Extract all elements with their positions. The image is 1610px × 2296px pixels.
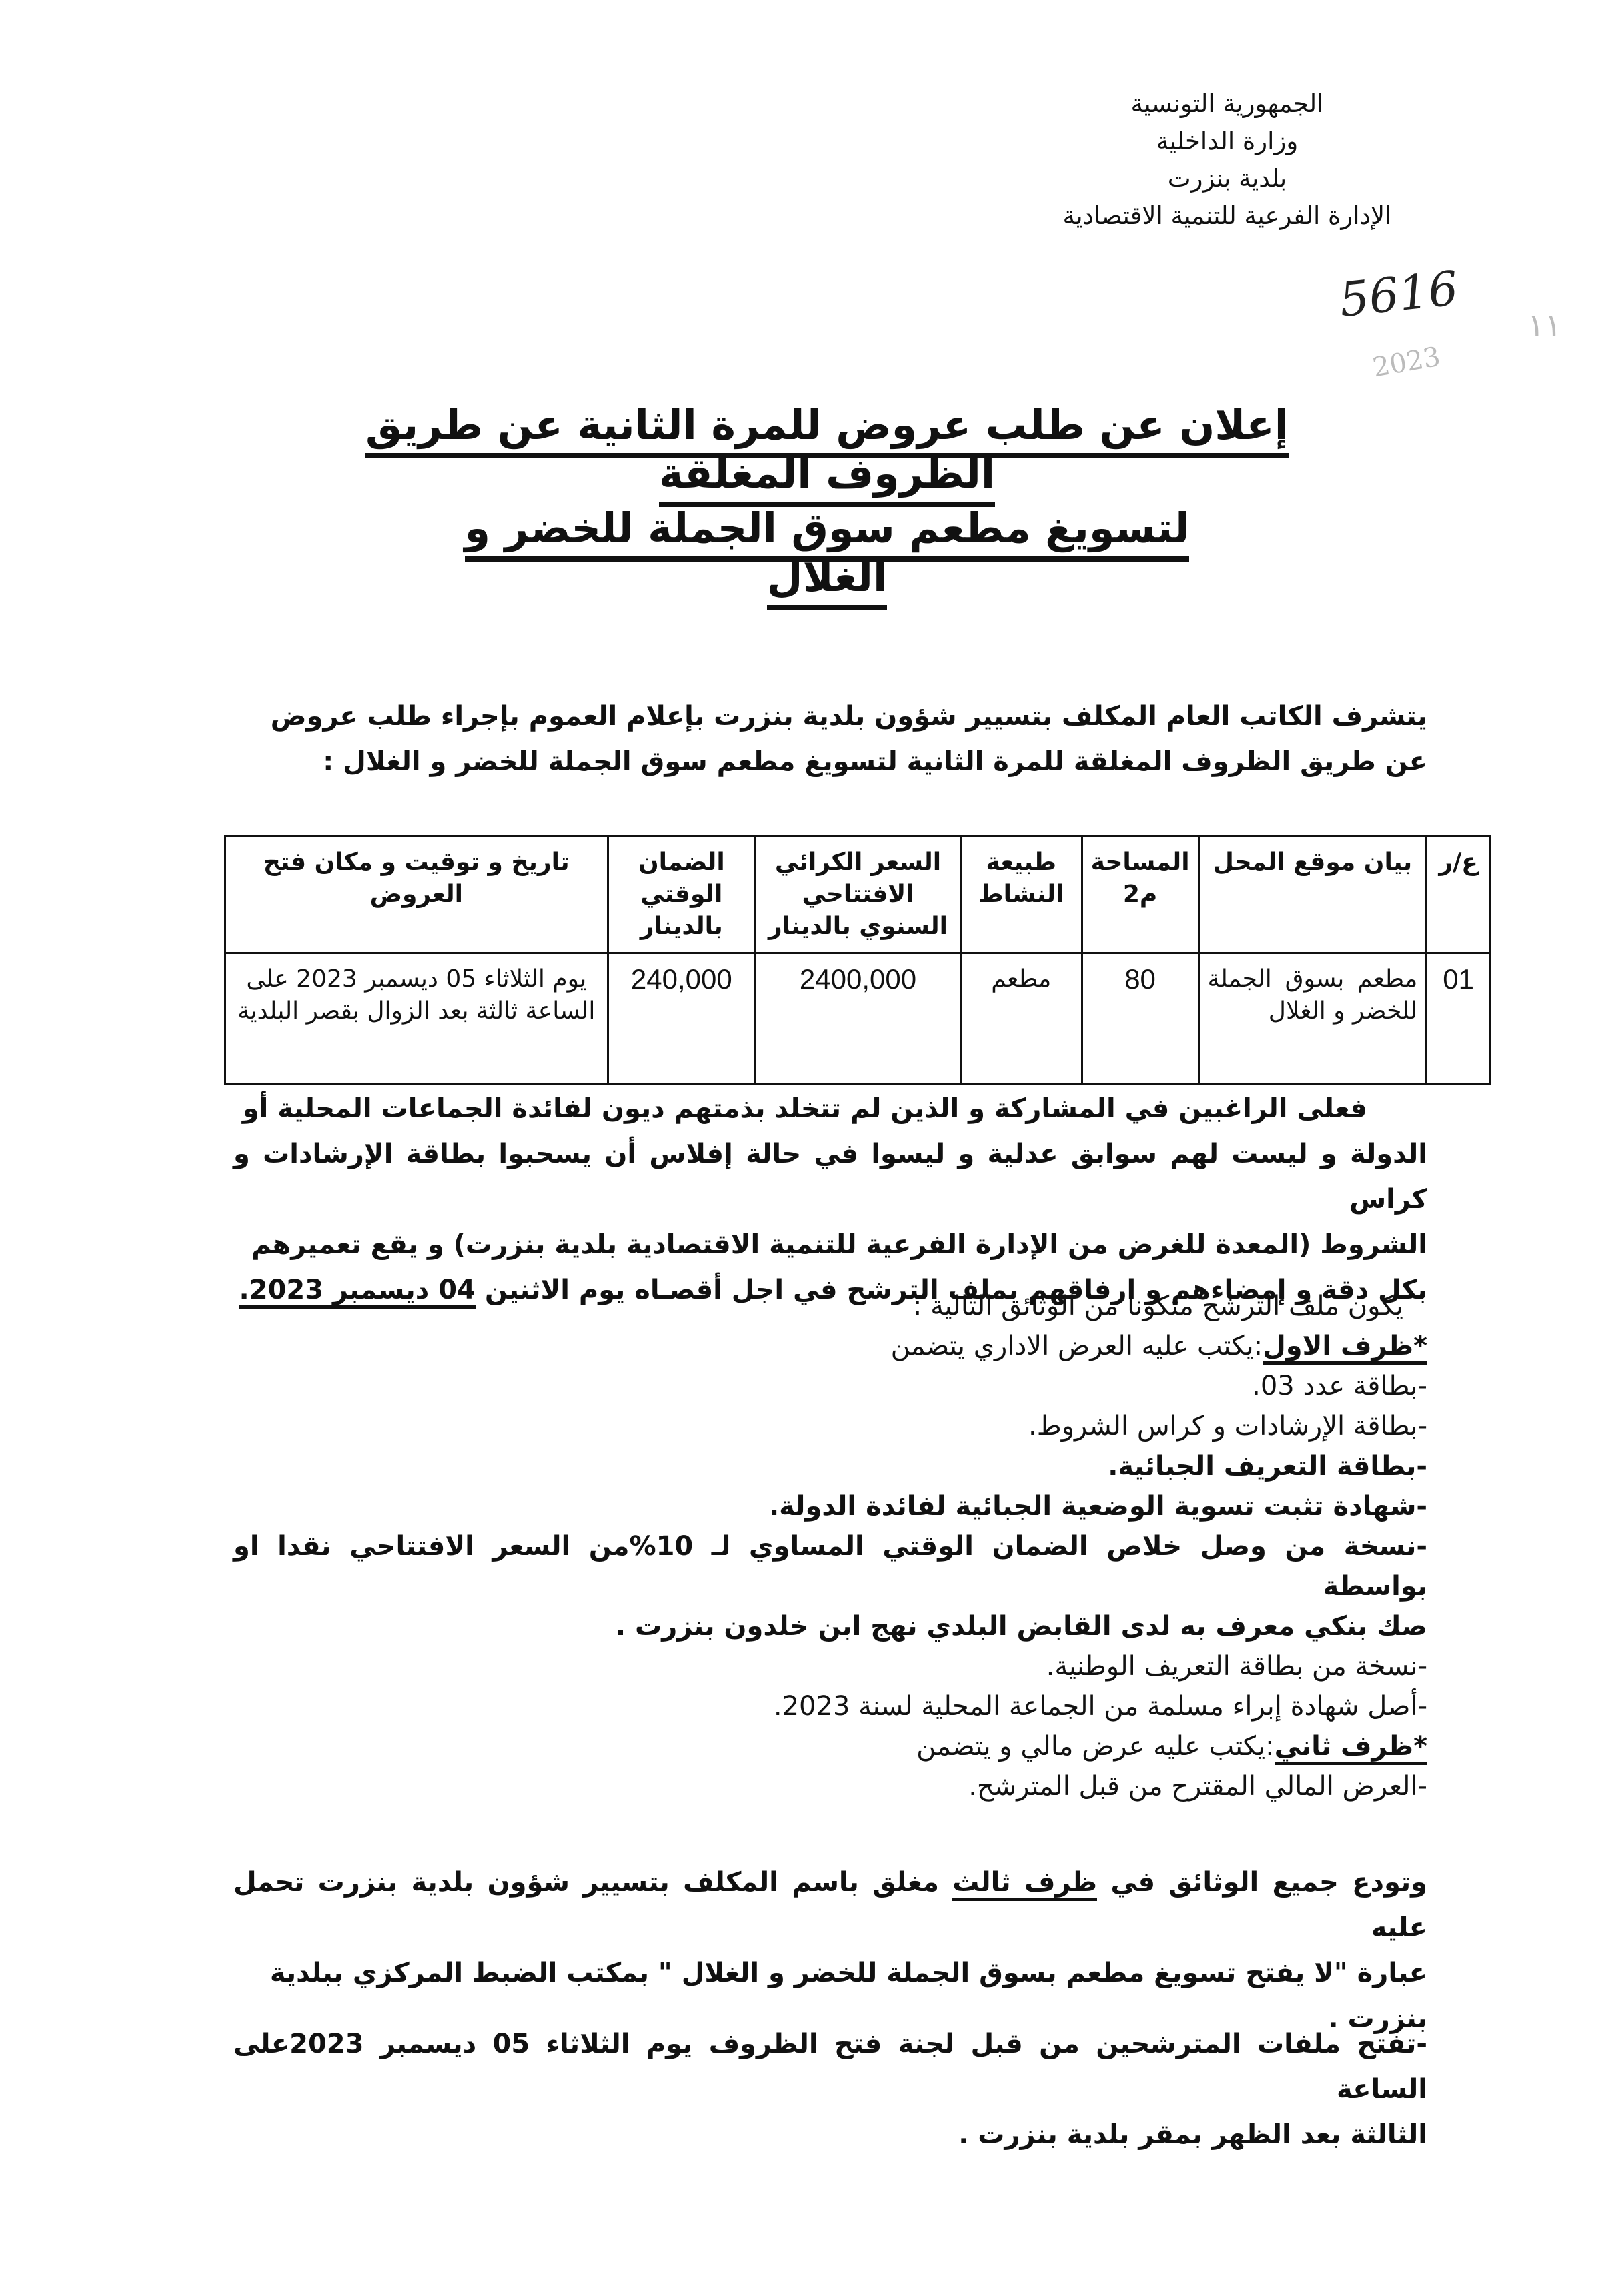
title-line-2: لتسويغ مطعم سوق الجملة للخضر و الغلال xyxy=(465,504,1190,610)
header-number: ع/ر xyxy=(1427,836,1491,953)
opening-line-2: الثالثة بعد الظهر بمقر بلدية بنزرت . xyxy=(233,2112,1427,2157)
conditions-paragraph: فعلى الراغبين في المشاركة و الذين لم تتخ… xyxy=(233,1086,1427,1313)
faint-stamp: 2023 xyxy=(1371,342,1445,399)
envelope-2-text: :يكتب عليه عرض مالي و يتضمن xyxy=(916,1731,1274,1762)
header-activity: طبيعة النشاط xyxy=(960,836,1082,953)
envelope-1-label: *ظرف الاول xyxy=(1263,1331,1427,1365)
table-header-row: ع/ر بيان موقع المحل المساحة م2 طبيعة الن… xyxy=(225,836,1491,953)
cell-deposit: 240,000 xyxy=(608,953,756,1085)
cell-opening: يوم الثلاثاء 05 ديسمبر 2023 على الساعة ث… xyxy=(225,953,608,1085)
list-item: -نسخة من وصل خلاص الضمان الوقتي المساوي … xyxy=(233,1526,1427,1606)
intro-line-1: يتشرف الكاتب العام المكلف بتسيير شؤون بل… xyxy=(233,694,1427,739)
opening-info: -تفتح ملفات المترشحين من قبل لجنة فتح ال… xyxy=(233,2021,1427,2157)
table-row: 01 مطعم بسوق الجملة للخضر و الغلال 80 مط… xyxy=(225,953,1491,1085)
list-item: صك بنكي معرف به لدى القابض البلدي نهج اب… xyxy=(233,1606,1427,1646)
envelope-3-label: ظرف ثالث xyxy=(952,1867,1097,1901)
header-deposit: الضمان الوقتي بالدينار xyxy=(608,836,756,953)
conditions-line-1: فعلى الراغبين في المشاركة و الذين لم تتخ… xyxy=(233,1086,1427,1131)
header-opening: تاريخ و توقيت و مكان فتح العروض xyxy=(225,836,608,953)
conditions-line-3: الشروط (المعدة للغرض من الإدارة الفرعية … xyxy=(233,1222,1427,1267)
deposit-line-1-pre: وتودع جميع الوثائق في xyxy=(1097,1867,1427,1898)
title-line-1: إعلان عن طلب عروض للمرة الثانية عن طريق … xyxy=(365,400,1289,507)
list-item: -أصل شهادة إبراء مسلمة من الجماعة المحلي… xyxy=(233,1686,1427,1726)
letterhead-department: الإدارة الفرعية للتنمية الاقتصادية xyxy=(1040,197,1414,235)
deposit-instructions: وتودع جميع الوثائق في ظرف ثالث مغلق باسم… xyxy=(233,1860,1427,2041)
opening-line-1: -تفتح ملفات المترشحين من قبل لجنة فتح ال… xyxy=(233,2021,1427,2112)
cell-number: 01 xyxy=(1427,953,1491,1085)
documents-section: يكون ملف الترشح متكونا من الوثائق التالي… xyxy=(233,1286,1427,1806)
page-title: إعلان عن طلب عروض للمرة الثانية عن طريق … xyxy=(280,400,1374,498)
list-item: -بطاقة التعريف الجبائية. xyxy=(233,1446,1427,1486)
header-annual-price: السعر الكرائي الافتتاحي السنوي بالدينار xyxy=(756,836,961,953)
list-item: -شهادة تثبت تسوية الوضعية الجبائية لفائد… xyxy=(233,1486,1427,1526)
letterhead-republic: الجمهورية التونسية xyxy=(1040,85,1414,123)
opening-line-1-pre: -تفتح ملفات المترشحين من قبل لجنة فتح ال… xyxy=(630,2029,1428,2059)
cell-activity: مطعم xyxy=(960,953,1082,1085)
list-item: -العرض المالي المقترح من قبل المترشح. xyxy=(233,1766,1427,1806)
deposit-line-2: عبارة "لا يفتح تسويغ مطعم بسوق الجملة لل… xyxy=(233,1950,1427,1996)
page-subtitle: لتسويغ مطعم سوق الجملة للخضر و الغلال xyxy=(440,504,1214,601)
cell-annual-price: 2400,000 xyxy=(756,953,961,1085)
letterhead: الجمهورية التونسية وزارة الداخلية بلدية … xyxy=(1040,85,1414,235)
list-item: -نسخة من بطاقة التعريف الوطنية. xyxy=(233,1646,1427,1686)
cell-area: 80 xyxy=(1082,953,1198,1085)
envelope-1-text: :يكتب عليه العرض الاداري يتضمن xyxy=(891,1331,1263,1361)
intro-line-2: عن طريق الظروف المغلقة للمرة الثانية لتس… xyxy=(233,739,1427,784)
handwritten-reference-number: 5616 xyxy=(1337,261,1461,328)
header-area: المساحة م2 xyxy=(1082,836,1198,953)
letterhead-ministry: وزارة الداخلية xyxy=(1040,123,1414,160)
conditions-line-2: الدولة و ليست لهم سوابق عدلية و ليسوا في… xyxy=(233,1131,1427,1222)
opening-date: الثلاثاء 05 ديسمبر 2023 xyxy=(289,2029,630,2059)
envelope-1-heading: *ظرف الاول:يكتب عليه العرض الاداري يتضمن xyxy=(233,1326,1427,1366)
envelope-2-heading: *ظرف ثاني:يكتب عليه عرض مالي و يتضمن xyxy=(233,1726,1427,1766)
offer-table: ع/ر بيان موقع المحل المساحة م2 طبيعة الن… xyxy=(224,835,1491,1085)
list-item: -بطاقة عدد 03. xyxy=(233,1366,1427,1406)
header-location: بيان موقع المحل xyxy=(1198,836,1427,953)
cell-location: مطعم بسوق الجملة للخضر و الغلال xyxy=(1198,953,1427,1085)
deposit-line-1: وتودع جميع الوثائق في ظرف ثالث مغلق باسم… xyxy=(233,1860,1427,1950)
documents-intro: يكون ملف الترشح متكونا من الوثائق التالي… xyxy=(233,1286,1427,1326)
letterhead-municipality: بلدية بنزرت xyxy=(1040,160,1414,197)
intro-paragraph: يتشرف الكاتب العام المكلف بتسيير شؤون بل… xyxy=(233,694,1427,784)
envelope-2-label: *ظرف ثاني xyxy=(1275,1731,1427,1765)
list-item: -بطاقة الإرشادات و كراس الشروط. xyxy=(233,1406,1427,1446)
faint-marks: ۱۱ xyxy=(1527,307,1562,344)
